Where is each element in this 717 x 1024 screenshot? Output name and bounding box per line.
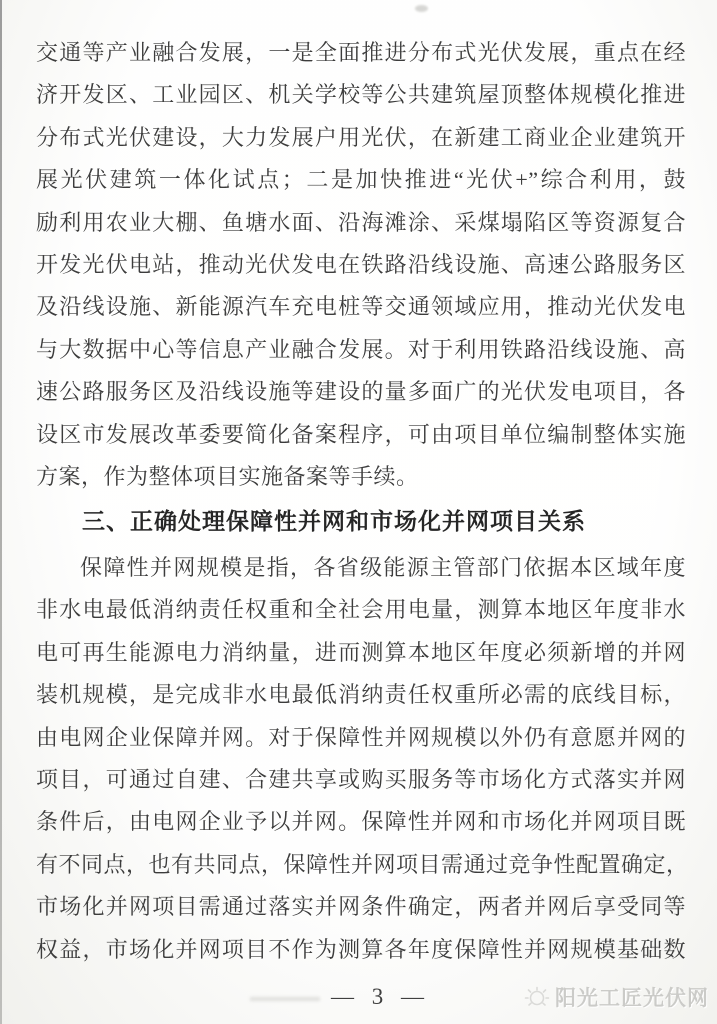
text-line: 装机规模，是完成非水电最低消纳责任权重所必需的底线目标，	[36, 674, 686, 716]
text-line: 分布式光伏建设，大力发展户用光伏，在新建工商业企业建筑开	[36, 117, 686, 159]
text-line: 方案，作为整体项目实施备案等手续。	[36, 456, 686, 498]
text-line: 开发光伏电站，推动光伏发电在铁路沿线设施、高速公路服务区	[36, 244, 686, 286]
text-line: 条件后，由电网企业予以并网。保障性并网和市场化并网项目既	[36, 801, 686, 843]
text-line: 非水电最低消纳责任权重和全社会用电量，测算本地区年度非水	[36, 589, 686, 631]
text-line: 项目，可通过自建、合建共享或购买服务等市场化方式落实并网	[36, 759, 686, 801]
document-body: 交通等产业融合发展，一是全面推进分布式光伏发展，重点在经济开发区、工业园区、机关…	[36, 32, 686, 971]
scan-left-edge-line	[0, 0, 2, 1024]
section-heading: 三、正确处理保障性并网和市场化并网项目关系	[36, 500, 686, 542]
paragraph-section-three: 保障性并网规模是指，各省级能源主管部门依据本区域年度非水电最低消纳责任权重和全社…	[36, 547, 686, 971]
text-line: 保障性并网规模是指，各省级能源主管部门依据本区域年度	[36, 547, 686, 589]
text-line: 交通等产业融合发展，一是全面推进分布式光伏发展，重点在经	[36, 32, 686, 74]
watermark: 阳光工匠光伏网	[522, 982, 709, 1012]
text-line: 及沿线设施、新能源汽车充电桩等交通领域应用，推动光伏发电	[36, 286, 686, 328]
text-line: 济开发区、工业园区、机关学校等公共建筑屋顶整体规模化推进	[36, 74, 686, 116]
document-page: 交通等产业融合发展，一是全面推进分布式光伏发展，重点在经济开发区、工业园区、机关…	[0, 0, 717, 1024]
text-line: 有不同点，也有共同点，保障性并网项目需通过竞争性配置确定，	[36, 844, 686, 886]
text-line: 电可再生能源电力消纳量，进而测算本地区年度必须新增的并网	[36, 632, 686, 674]
text-line: 设区市发展改革委要简化备案程序，可由项目单位编制整体实施	[36, 414, 686, 456]
text-line: 展光伏建筑一体化试点；二是加快推进“光伏+”综合利用，鼓	[36, 159, 686, 201]
text-line: 与大数据中心等信息产业融合发展。对于利用铁路沿线设施、高	[36, 329, 686, 371]
text-line: 权益，市场化并网项目不作为测算各年度保障性并网规模基础数	[36, 929, 686, 971]
scan-artifact-top	[415, 5, 428, 12]
paragraph-continued: 交通等产业融合发展，一是全面推进分布式光伏发展，重点在经济开发区、工业园区、机关…	[36, 32, 686, 498]
text-line: 速公路服务区及沿线设施等建设的量多面广的光伏发电项目，各	[36, 371, 686, 413]
sun-logo-icon	[522, 984, 550, 1010]
text-line: 由电网企业保障并网。对于保障性并网规模以外仍有意愿并网的	[36, 717, 686, 759]
watermark-text: 阳光工匠光伏网	[555, 982, 709, 1012]
text-line: 励利用农业大棚、鱼塘水面、沿海滩涂、采煤塌陷区等资源复合	[36, 202, 686, 244]
text-line: 市场化并网项目需通过落实并网条件确定，两者并网后享受同等	[36, 886, 686, 928]
